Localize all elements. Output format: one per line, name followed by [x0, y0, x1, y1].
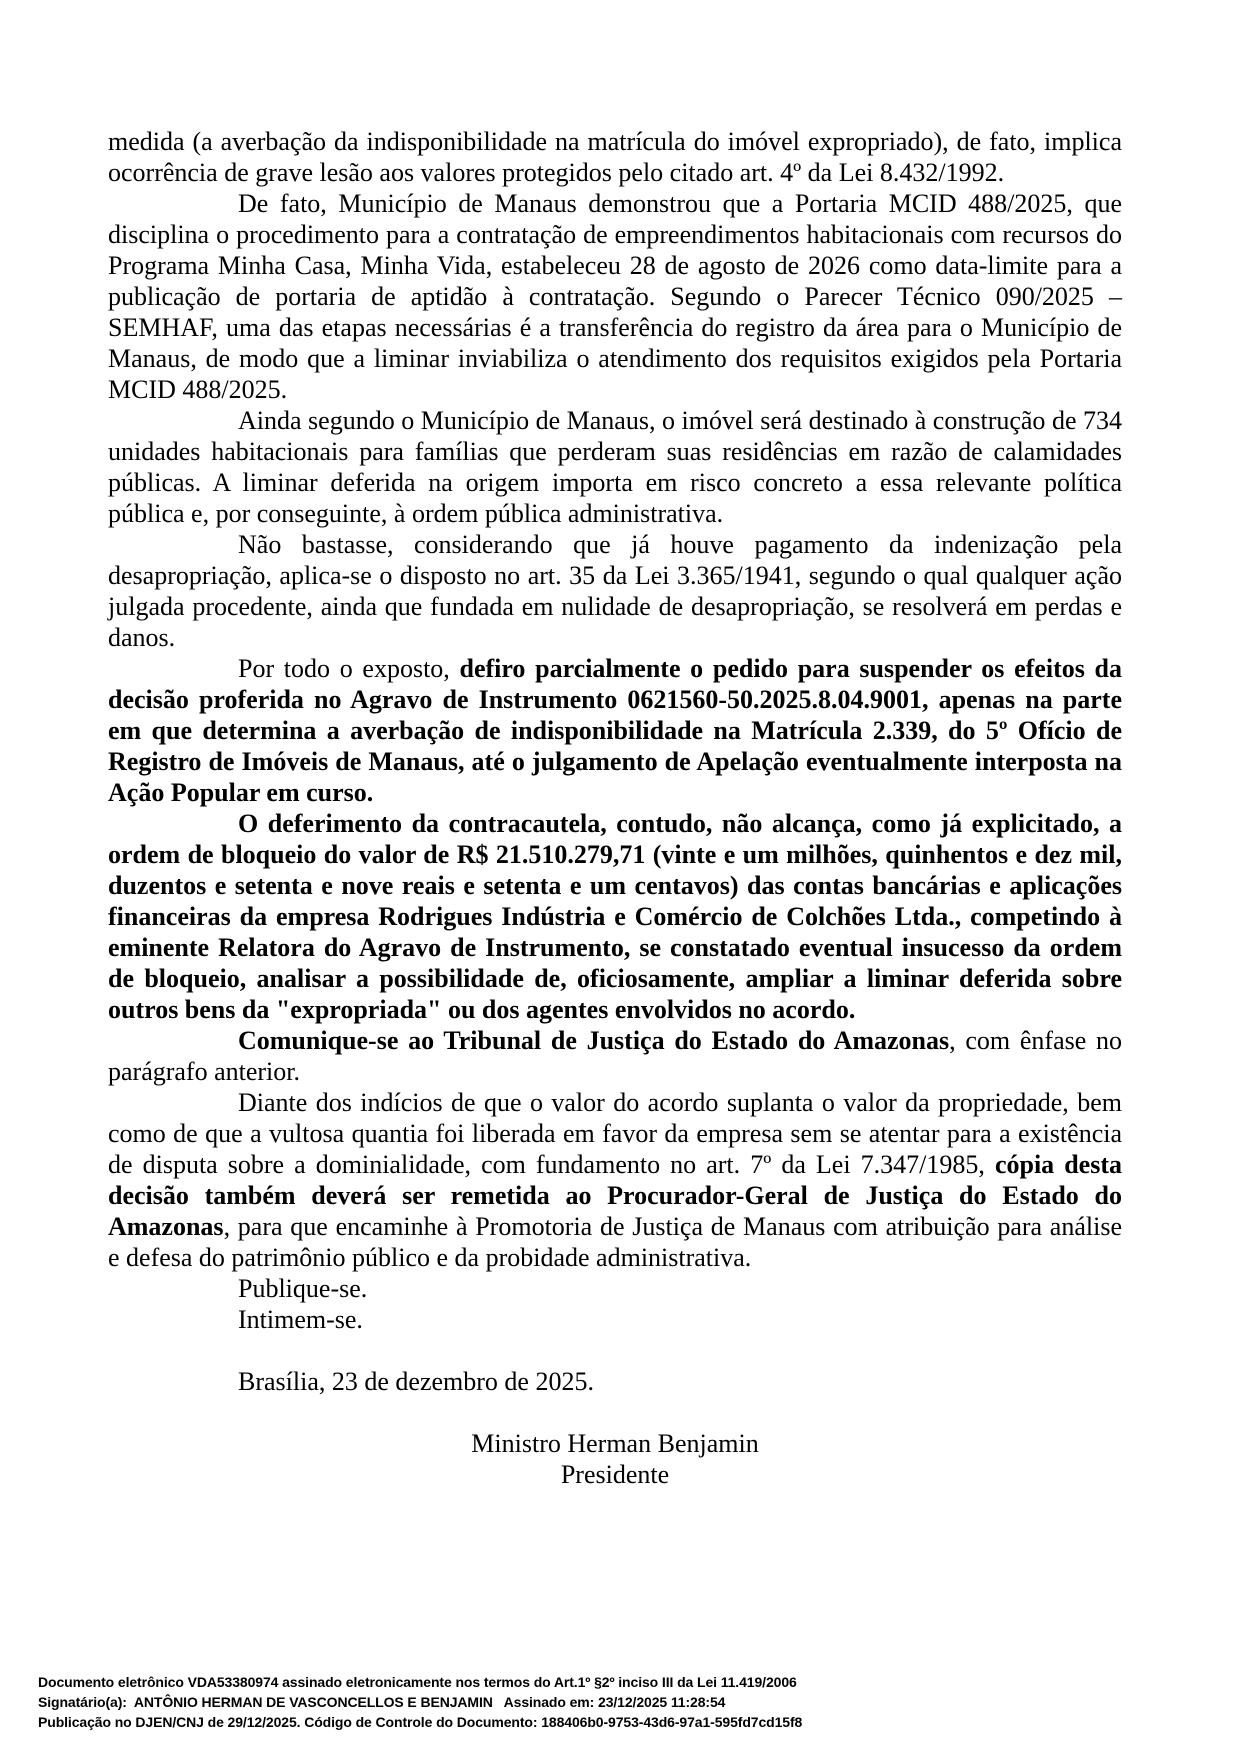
paragraph: Publique-se.	[108, 1273, 1122, 1304]
document-body: medida (a averbação da indisponibilidade…	[108, 126, 1122, 1490]
text-segment: Não bastasse, considerando que já houve …	[108, 530, 1122, 652]
paragraph: Diante dos indícios de que o valor do ac…	[108, 1087, 1122, 1273]
paragraph: Por todo o exposto, defiro parcialmente …	[108, 653, 1122, 808]
text-segment: Intimem-se.	[238, 1305, 363, 1334]
signatory-name: Ministro Herman Benjamin	[108, 1428, 1122, 1459]
text-segment: Ainda segundo o Município de Manaus, o i…	[108, 406, 1122, 528]
paragraph: Não bastasse, considerando que já houve …	[108, 529, 1122, 653]
paragraph: De fato, Município de Manaus demonstrou …	[108, 188, 1122, 405]
paragraph: medida (a averbação da indisponibilidade…	[108, 126, 1122, 188]
text-segment: Publique-se.	[238, 1274, 367, 1303]
document-page: medida (a averbação da indisponibilidade…	[0, 0, 1241, 1754]
text-segment: medida (a averbação da indisponibilidade…	[108, 127, 1122, 187]
signature-block: Ministro Herman Benjamin Presidente	[108, 1428, 1122, 1490]
paragraph: Comunique-se ao Tribunal de Justiça do E…	[108, 1025, 1122, 1087]
paragraph: Ainda segundo o Município de Manaus, o i…	[108, 405, 1122, 529]
text-segment: , para que encaminhe à Promotoria de Jus…	[108, 1212, 1122, 1272]
footer-line: Documento eletrônico VDA53380974 assinad…	[38, 1672, 1208, 1692]
text-segment: O deferimento da contracautela, contudo,…	[108, 809, 1122, 1024]
footer-line: Publicação no DJEN/CNJ de 29/12/2025. Có…	[38, 1712, 1208, 1732]
text-segment: De fato, Município de Manaus demonstrou …	[108, 189, 1122, 404]
certification-footer: Documento eletrônico VDA53380974 assinad…	[38, 1672, 1208, 1732]
text-segment: Comunique-se ao Tribunal de Justiça do E…	[238, 1026, 949, 1055]
text-segment: Diante dos indícios de que o valor do ac…	[108, 1088, 1122, 1179]
paragraph: O deferimento da contracautela, contudo,…	[108, 808, 1122, 1025]
footer-line: Signatário(a): ANTÔNIO HERMAN DE VASCONC…	[38, 1692, 1208, 1712]
paragraph: Intimem-se.	[108, 1304, 1122, 1335]
text-segment: Por todo o exposto,	[238, 654, 459, 683]
signatory-role: Presidente	[108, 1459, 1122, 1490]
date-line: Brasília, 23 de dezembro de 2025.	[108, 1366, 1122, 1397]
